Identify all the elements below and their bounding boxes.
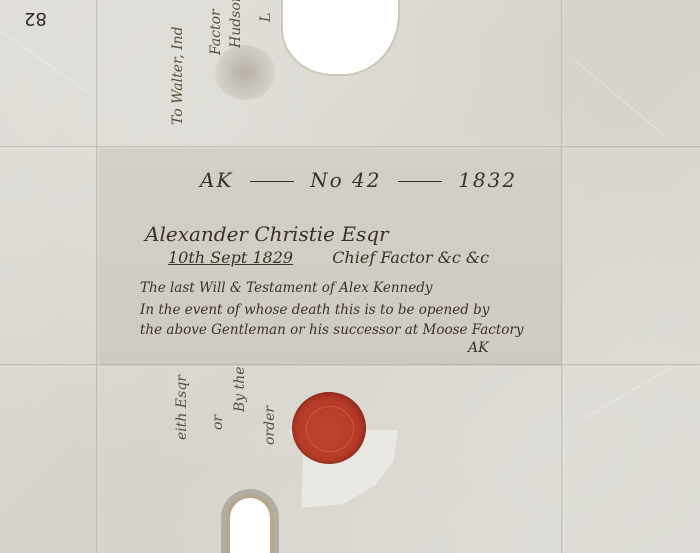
endorsement-line: In the event of whose death this is to b… (140, 302, 489, 318)
fold-line-top (0, 146, 700, 149)
reverse-text-line: or (210, 415, 226, 430)
reverse-text-line: L (258, 13, 274, 22)
docket-initials: AK (200, 168, 233, 192)
fold-line-left (96, 0, 99, 553)
address-date-title-line: 10th Sept 1829 Chief Factor &c &c (168, 248, 489, 267)
reverse-text-line: By the (232, 366, 248, 412)
dash (398, 181, 442, 182)
reverse-text-line: Factor (208, 9, 224, 55)
dash (250, 181, 294, 182)
endorsement-line: the above Gentleman or his successor at … (140, 322, 523, 338)
reverse-text-line: order (262, 406, 278, 445)
addressee-title: Chief Factor &c &c (332, 248, 489, 267)
seal-stain (215, 45, 275, 100)
fold-line-right (561, 0, 564, 553)
endorsement-line: The last Will & Testament of Alex Kenned… (140, 280, 432, 296)
address-date: 10th Sept 1829 (168, 248, 293, 267)
docket-year: 1832 (458, 168, 517, 192)
wax-seal-icon (292, 392, 366, 464)
reverse-text-line: eith Esqr (174, 375, 190, 440)
docket-number: No 42 (310, 168, 381, 192)
fold-line-bottom (0, 364, 700, 367)
seal-impression (306, 406, 354, 452)
reverse-text-line: To Walter, Ind (170, 26, 186, 125)
torn-hole-bottom (230, 498, 270, 553)
signature: AK (468, 340, 489, 356)
docket-line: AK No 42 1832 (200, 168, 517, 192)
addressee-name: Alexander Christie Esqr (145, 222, 389, 246)
archive-number: 82 (24, 8, 47, 29)
reverse-text-line: Hudson (228, 0, 244, 48)
